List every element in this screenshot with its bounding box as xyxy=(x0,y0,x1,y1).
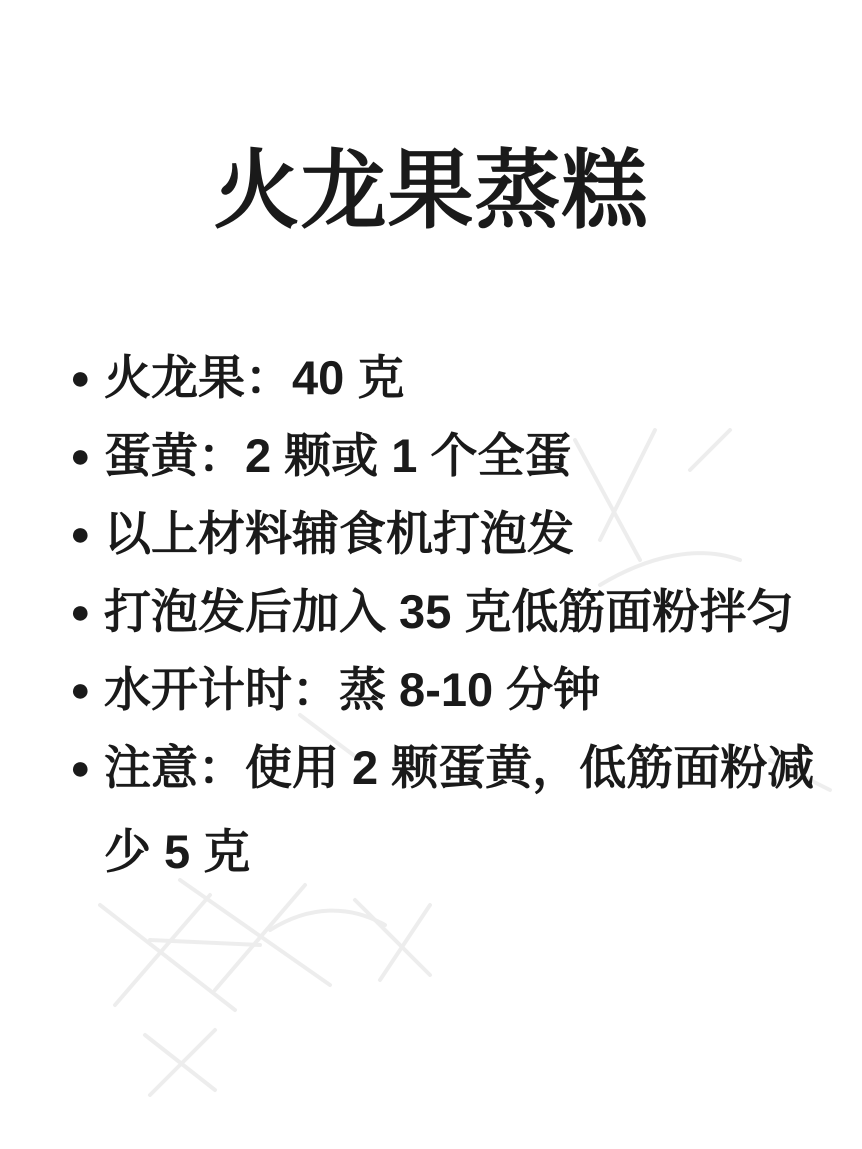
list-item-line: 水开计时：蒸 8-10 分钟 xyxy=(104,661,828,719)
list-item: ● 蛋黄：2 颗或 1 个全蛋 xyxy=(70,427,828,485)
list-item-text: 水开计时：蒸 8-10 分钟 xyxy=(104,661,828,719)
watermark-stroke xyxy=(115,895,210,1005)
list-item-line: 注意：使用 2 颗蛋黄，低筋面粉减 xyxy=(104,739,828,797)
watermark-stroke xyxy=(215,885,305,990)
list-item: ● 注意：使用 2 颗蛋黄，低筋面粉减 少 5 克 xyxy=(70,739,828,881)
list-item-line: 打泡发后加入 35 克低筋面粉拌匀 xyxy=(104,583,828,641)
list-item: ● 打泡发后加入 35 克低筋面粉拌匀 xyxy=(70,583,828,641)
watermark-stroke xyxy=(150,940,260,945)
list-item: ● 火龙果：40 克 xyxy=(70,349,828,407)
bullet-icon: ● xyxy=(70,427,102,485)
watermark-stroke xyxy=(150,1030,215,1095)
recipe-page: 火龙果蒸糕 ● 火龙果：40 克 ● 蛋黄：2 颗或 1 个全蛋 ● 以上材料辅… xyxy=(0,0,862,1149)
list-item-text: 蛋黄：2 颗或 1 个全蛋 xyxy=(104,427,828,485)
list-item-text: 注意：使用 2 颗蛋黄，低筋面粉减 少 5 克 xyxy=(104,739,828,881)
list-item: ● 以上材料辅食机打泡发 xyxy=(70,505,828,563)
list-item-text: 火龙果：40 克 xyxy=(104,349,828,407)
list-item: ● 水开计时：蒸 8-10 分钟 xyxy=(70,661,828,719)
list-item-text: 以上材料辅食机打泡发 xyxy=(104,505,828,563)
bullet-icon: ● xyxy=(70,505,102,563)
list-item-line: 蛋黄：2 颗或 1 个全蛋 xyxy=(104,427,828,485)
watermark-stroke xyxy=(145,1035,215,1090)
watermark-stroke xyxy=(100,905,235,1010)
watermark-stroke xyxy=(355,900,430,975)
list-item-line: 少 5 克 xyxy=(104,823,828,881)
bullet-icon: ● xyxy=(70,349,102,407)
bullet-icon: ● xyxy=(70,583,102,641)
list-item-line: 火龙果：40 克 xyxy=(104,349,828,407)
watermark-stroke xyxy=(270,911,385,930)
bullet-icon: ● xyxy=(70,739,102,797)
recipe-title: 火龙果蒸糕 xyxy=(0,142,862,241)
watermark-stroke xyxy=(180,880,330,985)
recipe-list: ● 火龙果：40 克 ● 蛋黄：2 颗或 1 个全蛋 ● 以上材料辅食机打泡发 … xyxy=(0,349,862,881)
bullet-icon: ● xyxy=(70,661,102,719)
list-item-text: 打泡发后加入 35 克低筋面粉拌匀 xyxy=(104,583,828,641)
list-item-line: 以上材料辅食机打泡发 xyxy=(104,505,828,563)
watermark-stroke xyxy=(380,905,430,980)
